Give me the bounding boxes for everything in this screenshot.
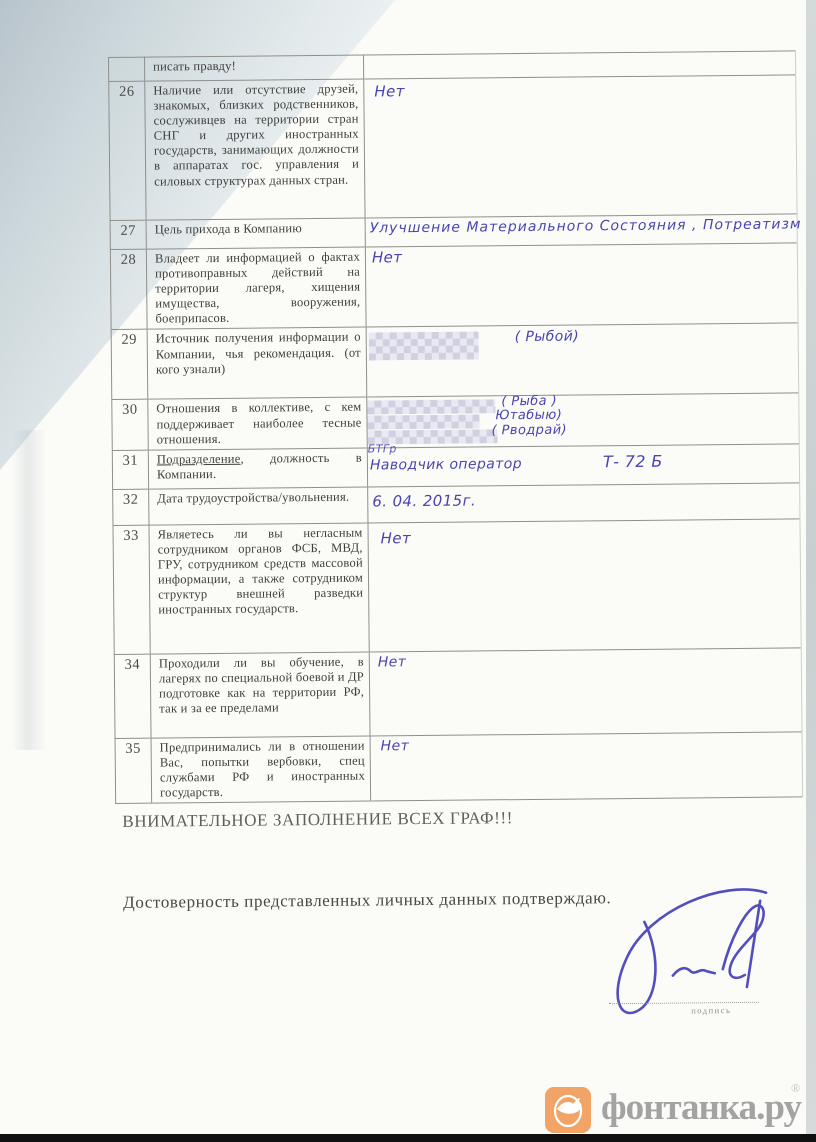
redaction-blur (367, 415, 479, 430)
handwritten-answer: Нет (378, 654, 407, 670)
question-text: Дата трудоустройства/увольнения. (149, 487, 368, 525)
question-text: Подразделение (157, 451, 241, 466)
scan-bottom-bar (0, 1134, 816, 1142)
handwritten-answer: ( Рводрай) (492, 423, 568, 439)
signature-caption: подпись (691, 1005, 731, 1015)
handwritten-answer: 6. 04. 2015г. (372, 491, 476, 510)
question-text: Источник получения информации о Компании… (147, 328, 367, 400)
table-row: 26 Наличие или отсутствие друзей, знаком… (109, 75, 797, 221)
handwritten-answer: Наводчик оператор (370, 456, 522, 473)
table-row: 30 Отношения в коллективе, с кем поддерж… (112, 393, 799, 450)
registered-mark: ® (791, 1081, 800, 1096)
table-row: 34 Проходили ли вы обучение, в лагерях п… (114, 648, 802, 739)
handwritten-answer: ( Рыбой) (515, 329, 580, 346)
row-number: 27 (110, 220, 146, 249)
row-number: 26 (109, 81, 146, 220)
scan-edge-strip (806, 0, 816, 1135)
question-text: Цель прихода в Компанию (146, 218, 365, 249)
redaction-blur (369, 332, 479, 361)
questionnaire-page: писать правду! 26 Наличие или отсутствие… (108, 50, 807, 804)
paper-crease (12, 430, 46, 750)
row-number: 31 (112, 450, 148, 489)
fontanka-bird-icon (545, 1087, 591, 1133)
handwritten-answer: Нет (381, 738, 410, 754)
signature-block: подпись (594, 882, 805, 1024)
fontanka-watermark: фонтанка.ру ® (545, 1085, 805, 1137)
handwritten-answer: Т- 72 Б (603, 451, 663, 471)
handwritten-answer: Нет (374, 82, 405, 100)
fontanka-logo-text: фонтанка.ру (601, 1086, 801, 1129)
row-number: 30 (112, 400, 148, 451)
table-row: 35 Предпринимались ли в отношении Вас, п… (115, 732, 803, 804)
row-number: 35 (115, 738, 152, 804)
row-number: 34 (114, 654, 151, 738)
row-number: 29 (111, 330, 148, 400)
attention-note: ВНИМАТЕЛЬНОЕ ЗАПОЛНЕНИЕ ВСЕХ ГРАФ!!! (122, 806, 742, 832)
question-text: Владеет ли информацией о фактах противоп… (146, 247, 366, 330)
prev-row-tail-text: писать правду! (145, 55, 364, 81)
question-text: Наличие или отсутствие друзей, знакомых,… (145, 79, 365, 220)
question-text: Предпринимались ли в отношении Вас, попы… (151, 736, 371, 803)
table-row: 33 Являетесь ли вы негласным сотрудником… (113, 519, 801, 655)
row-number: 33 (113, 525, 150, 654)
table-row: 31 Подразделение, должность в Компании. … (112, 444, 799, 490)
question-text: Отношения в коллективе, с кем поддержива… (148, 398, 367, 450)
redaction-blur (367, 400, 495, 415)
handwritten-answer: Ютабыю) (495, 408, 562, 424)
handwritten-answer: Нет (372, 248, 403, 266)
handwritten-answer: Улучшение Материального Состояния , Потр… (370, 216, 802, 236)
handwritten-answer: Нет (381, 529, 412, 547)
questionnaire-table: писать правду! 26 Наличие или отсутствие… (108, 50, 803, 804)
question-text: Проходили ли вы обучение, в лагерях по с… (150, 652, 370, 738)
row-number: 28 (110, 249, 147, 330)
question-text: Являетесь ли вы негласным сотрудником ор… (149, 523, 369, 654)
table-row: 28 Владеет ли информацией о фактах проти… (110, 243, 798, 330)
handwritten-note: БТГр (368, 442, 397, 455)
table-row: 29 Источник получения информации о Компа… (111, 323, 799, 400)
row-number: 32 (113, 489, 149, 525)
